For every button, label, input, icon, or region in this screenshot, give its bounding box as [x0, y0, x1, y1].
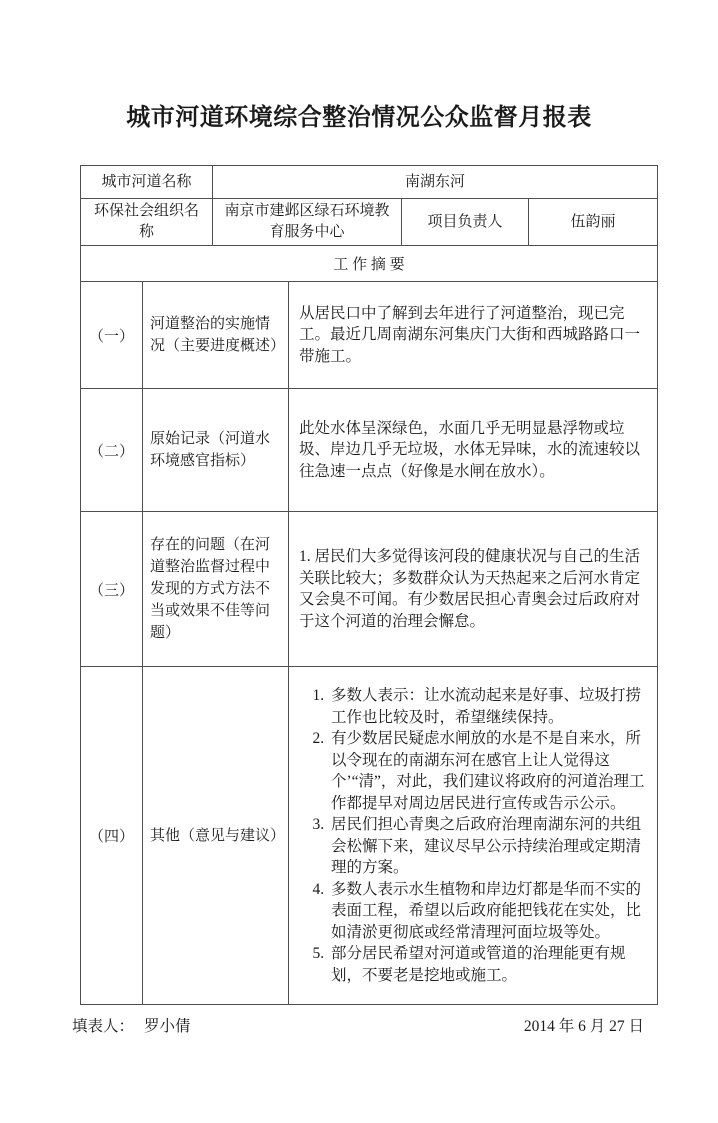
suggestions-list: 多数人表示：让水流动起来是好事、垃圾打捞工作也比较及时，希望继续保持。有少数居民…: [299, 685, 647, 986]
row-content-implementation: 从居民口中了解到去年进行了河道整治，现已完工。最近几周南湖东河集庆门大街和西城路…: [289, 282, 658, 389]
row-content-other: 多数人表示：让水流动起来是好事、垃圾打捞工作也比较及时，希望继续保持。有少数居民…: [289, 667, 658, 1005]
row-label-problems: 存在的问题（在河道整治监督过程中发现的方式方法不当或效果不佳等问题）: [143, 512, 289, 667]
filler-name: 罗小倩: [144, 1014, 191, 1036]
table-row-3: （三） 存在的问题（在河道整治监督过程中发现的方式方法不当或效果不佳等问题） 1…: [81, 512, 658, 667]
river-name-row: 城市河道名称 南湖东河: [81, 166, 658, 199]
report-table: 城市河道名称 南湖东河 环保社会组织名称 南京市建邺区绿石环境教育服务中心 项目…: [80, 165, 658, 1005]
row-index-1: （一）: [81, 282, 143, 389]
suggestion-item: 有少数居民疑虑水闸放的水是不是自来水，所以令现在的南湖东河在感官上让人觉得这个’…: [328, 728, 647, 814]
footer: 填表人： 罗小倩 2014 年 6 月 27 日: [72, 1014, 644, 1036]
river-name-value: 南湖东河: [213, 166, 658, 199]
suggestion-item: 部分居民希望对河道或管道的治理能更有规划，不要老是挖地或施工。: [328, 943, 647, 986]
org-name-label: 环保社会组织名称: [81, 199, 213, 246]
row-content-problems: 1. 居民们大多觉得该河段的健康状况与自己的生活关联比较大；多数群众认为天热起来…: [289, 512, 658, 667]
suggestion-item: 居民们担心青奥之后政府治理南湖东河的共组会松懈下来，建议尽早公示持续治理或定期清…: [328, 814, 647, 879]
row-label-original-record: 原始记录（河道水环境感官指标）: [143, 389, 289, 512]
row-label-other: 其他（意见与建议）: [143, 667, 289, 1005]
table-row-2: （二） 原始记录（河道水环境感官指标） 此处水体呈深绿色，水面几乎无明显悬浮物或…: [81, 389, 658, 512]
river-name-label: 城市河道名称: [81, 166, 213, 199]
org-name-value: 南京市建邺区绿石环境教育服务中心: [213, 199, 402, 246]
report-date: 2014 年 6 月 27 日: [524, 1014, 644, 1036]
work-summary-header-row: 工 作 摘 要: [81, 246, 658, 282]
page-title: 城市河道环境综合整治情况公众监督月报表: [0, 0, 718, 132]
report-page: 城市河道环境综合整治情况公众监督月报表 城市河道名称 南湖东河 环保社会组织名称…: [0, 0, 718, 1123]
row-content-original-record: 此处水体呈深绿色，水面几乎无明显悬浮物或垃圾、岸边几乎无垃圾，水体无异味，水的流…: [289, 389, 658, 512]
suggestion-item: 多数人表示：让水流动起来是好事、垃圾打捞工作也比较及时，希望继续保持。: [328, 685, 647, 728]
row-index-4: （四）: [81, 667, 143, 1005]
org-row: 环保社会组织名称 南京市建邺区绿石环境教育服务中心 项目负责人 伍韵丽: [81, 199, 658, 246]
table-row-1: （一） 河道整治的实施情况（主要进度概述） 从居民口中了解到去年进行了河道整治，…: [81, 282, 658, 389]
project-leader-value: 伍韵丽: [529, 199, 658, 246]
row-index-3: （三）: [81, 512, 143, 667]
filler-label: 填表人：: [72, 1014, 134, 1036]
work-summary-header: 工 作 摘 要: [81, 246, 658, 282]
row-label-implementation: 河道整治的实施情况（主要进度概述）: [143, 282, 289, 389]
table-row-4: （四） 其他（意见与建议） 多数人表示：让水流动起来是好事、垃圾打捞工作也比较及…: [81, 667, 658, 1005]
suggestion-item: 多数人表示水生植物和岸边灯都是华而不实的表面工程，希望以后政府能把钱花在实处，比…: [328, 879, 647, 944]
project-leader-label: 项目负责人: [402, 199, 529, 246]
row-index-2: （二）: [81, 389, 143, 512]
